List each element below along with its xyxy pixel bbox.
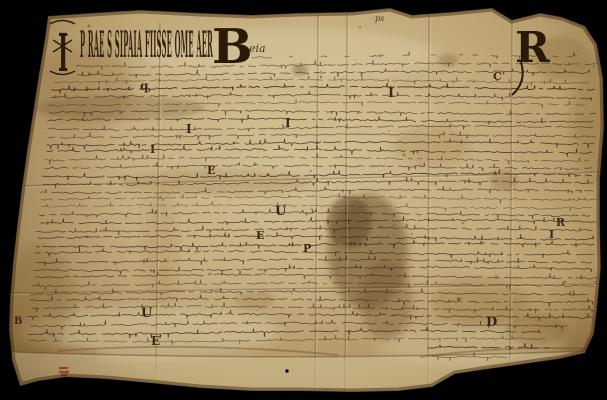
vignette-overlay [0, 0, 607, 400]
charter-photo-stage: I P RAE S SIPAIA FIISSE OME AER B eia R … [0, 0, 607, 400]
charter-photograph: I P RAE S SIPAIA FIISSE OME AER B eia R … [0, 0, 607, 400]
